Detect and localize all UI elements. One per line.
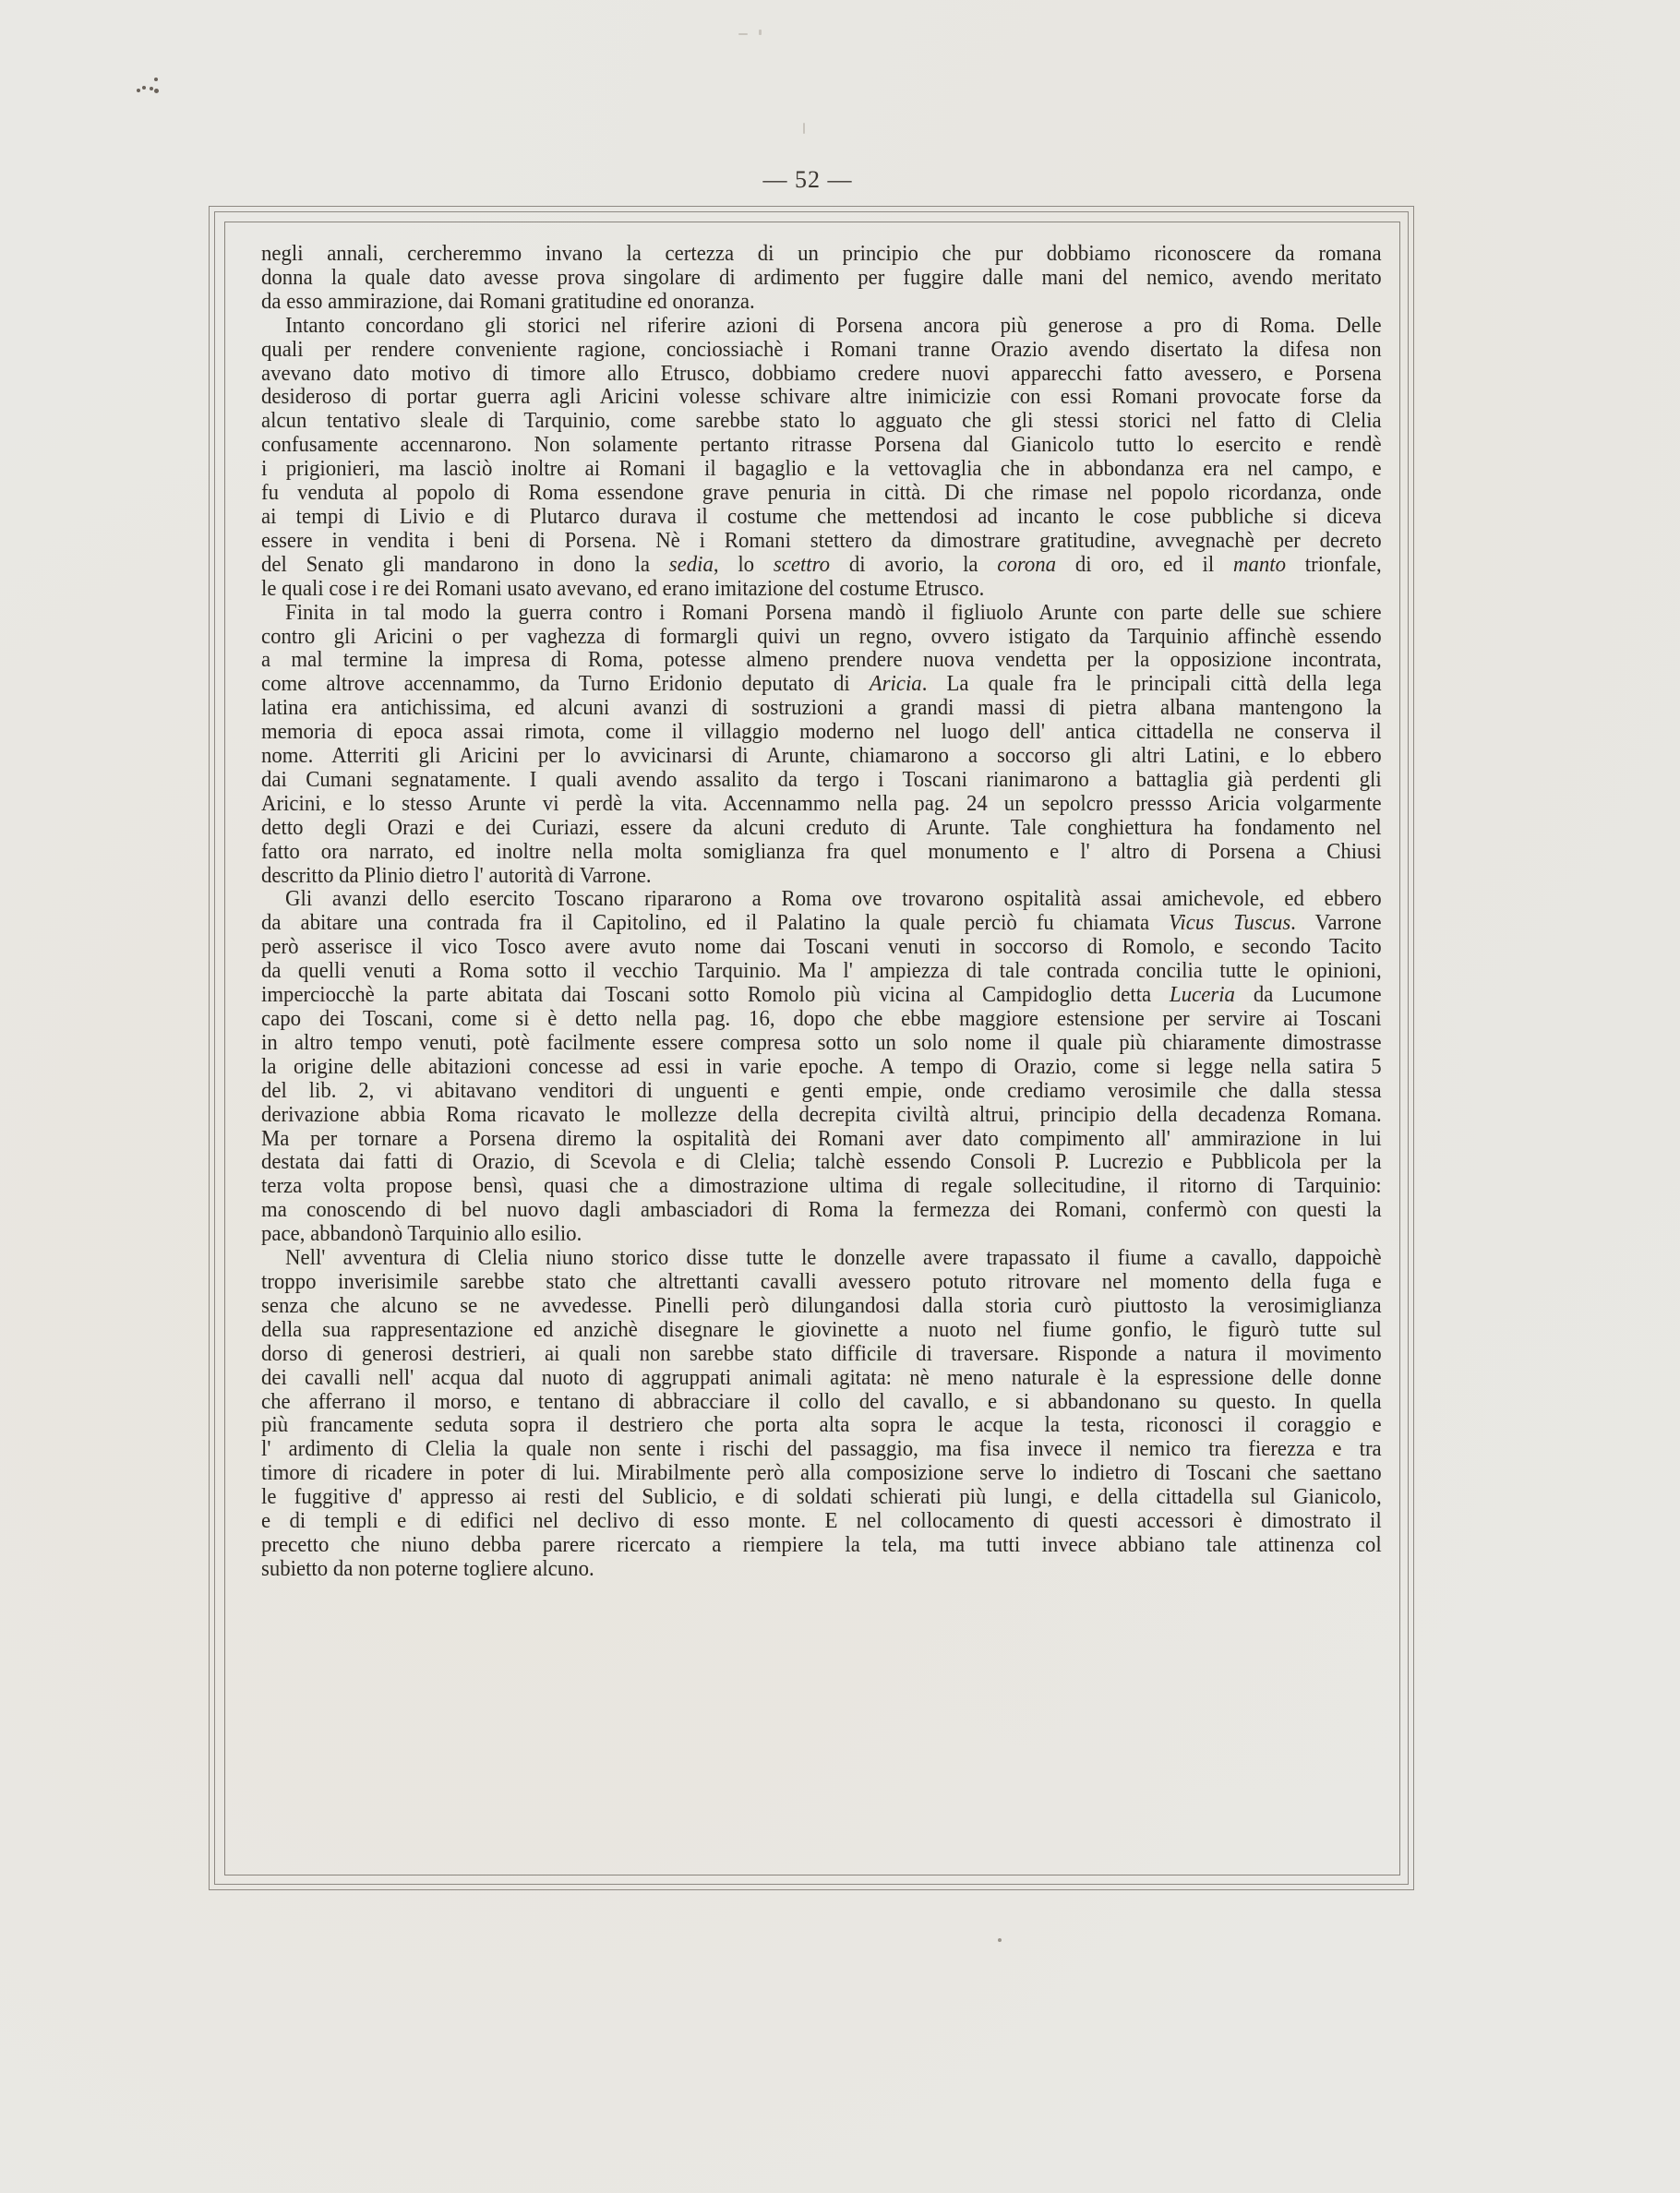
text-line: e di templi e di edifici nel declivo di … bbox=[261, 1509, 1382, 1533]
text-line: imperciocchè la parte abitata dai Toscan… bbox=[261, 983, 1382, 1007]
text-line: Ma per tornare a Porsena diremo la ospit… bbox=[261, 1127, 1382, 1151]
text-line: alcun tentativo sleale di Tarquinio, com… bbox=[261, 409, 1382, 433]
text-line: confusamente accennarono. Non solamente … bbox=[261, 433, 1382, 457]
faint-show-through-marks bbox=[738, 26, 849, 137]
text-line: della sua rappresentazione ed anzichè di… bbox=[261, 1318, 1382, 1342]
page-number: — 52 — bbox=[720, 166, 895, 194]
text-line: fu venduta al popolo di Roma essendone g… bbox=[261, 481, 1382, 505]
text-line: da esso ammirazione, dai Romani gratitud… bbox=[261, 290, 1382, 314]
text-line: quali per rendere conveniente ragione, c… bbox=[261, 338, 1382, 362]
text-line: l' ardimento di Clelia la quale non sent… bbox=[261, 1437, 1382, 1461]
italic-term: scettro bbox=[774, 552, 830, 577]
text-line: dai Cumani segnatamente. I quali avendo … bbox=[261, 768, 1382, 792]
text-line: Intanto concordano gli storici nel rifer… bbox=[261, 314, 1382, 338]
text-line: Aricini, e lo stesso Arunte vi perdè la … bbox=[261, 792, 1382, 816]
text-line: negli annali, cercheremmo invano la cert… bbox=[261, 242, 1382, 266]
italic-term: corona bbox=[997, 552, 1056, 577]
text-line: dorso di generosi destrieri, ai quali no… bbox=[261, 1342, 1382, 1366]
text-line: le quali cose i re dei Romani usato avev… bbox=[261, 577, 1382, 601]
text-line: descritto da Plinio dietro l' autorità d… bbox=[261, 864, 1382, 888]
italic-term: Vicus Tuscus bbox=[1169, 910, 1290, 935]
text-line: capo dei Toscani, come si è detto nella … bbox=[261, 1007, 1382, 1031]
text-line: fatto ora narrato, ed inoltre nella molt… bbox=[261, 840, 1382, 864]
text-line: da quelli venuti a Roma sotto il vecchio… bbox=[261, 959, 1382, 983]
text-line: nome. Atterriti gli Aricini per lo avvic… bbox=[261, 744, 1382, 768]
text-line: da abitare una contrada fra il Capitolin… bbox=[261, 911, 1382, 935]
text-line: desideroso di portar guerra agli Aricini… bbox=[261, 385, 1382, 409]
text-line: che afferrano il morso, e tentano di abb… bbox=[261, 1390, 1382, 1414]
text-line: destata dai fatti di Orazio, di Scevola … bbox=[261, 1150, 1382, 1174]
text-line: come altrove accennammo, da Turno Eridon… bbox=[261, 672, 1382, 696]
italic-term: Luceria bbox=[1170, 982, 1235, 1007]
paragraph: Nell' avventura di Clelia niuno storico … bbox=[261, 1246, 1382, 1581]
text-line: però asserisce il vico Tosco avere avuto… bbox=[261, 935, 1382, 959]
text-line: contro gli Aricini o per vaghezza di for… bbox=[261, 625, 1382, 649]
text-line: ai tempi di Livio e di Plutarco durava i… bbox=[261, 505, 1382, 529]
text-line: Nell' avventura di Clelia niuno storico … bbox=[261, 1246, 1382, 1270]
text-line: troppo inverisimile sarebbe stato che al… bbox=[261, 1270, 1382, 1294]
text-line: Gli avanzi dello esercito Toscano ripara… bbox=[261, 887, 1382, 911]
italic-term: manto bbox=[1233, 552, 1286, 577]
text-line: ma conoscendo di bel nuovo dagli ambasci… bbox=[261, 1198, 1382, 1222]
text-line: senza che alcuno se ne avvedesse. Pinell… bbox=[261, 1294, 1382, 1318]
text-line: detto degli Orazi e dei Curiazi, essere … bbox=[261, 816, 1382, 840]
text-line: avevano dato motivo di timore allo Etrus… bbox=[261, 362, 1382, 386]
paper-speck bbox=[998, 1938, 1002, 1942]
text-line: del Senato gli mandarono in dono la sedi… bbox=[261, 553, 1382, 577]
text-line: memoria di epoca assai rimota, come il v… bbox=[261, 720, 1382, 744]
text-line: latina era antichissima, ed alcuni avanz… bbox=[261, 696, 1382, 720]
body-text: negli annali, cercheremmo invano la cert… bbox=[261, 242, 1382, 1581]
text-line: subietto da non poterne togliere alcuno. bbox=[261, 1557, 1382, 1581]
text-line: pace, abbandonò Tarquinio allo esilio. bbox=[261, 1222, 1382, 1246]
ink-specks-mark bbox=[137, 79, 174, 98]
text-line: timore di ricadere in poter di lui. Mira… bbox=[261, 1461, 1382, 1485]
italic-term: sedia bbox=[669, 552, 714, 577]
text-line: Finita in tal modo la guerra contro i Ro… bbox=[261, 601, 1382, 625]
text-line: la origine delle abitazioni concesse ad … bbox=[261, 1055, 1382, 1079]
text-line: del lib. 2, vi abitavano venditori di un… bbox=[261, 1079, 1382, 1103]
paragraph: Intanto concordano gli storici nel rifer… bbox=[261, 314, 1382, 601]
text-line: in altro tempo venuti, potè facilmente e… bbox=[261, 1031, 1382, 1055]
text-line: terza volta propose bensì, quasi che a d… bbox=[261, 1174, 1382, 1198]
text-line: derivazione abbia Roma ricavato le molle… bbox=[261, 1103, 1382, 1127]
paragraph: Gli avanzi dello esercito Toscano ripara… bbox=[261, 887, 1382, 1246]
text-line: essere in vendita i beni di Porsena. Nè … bbox=[261, 529, 1382, 553]
text-line: le fuggitive d' appresso ai resti del Su… bbox=[261, 1485, 1382, 1509]
italic-term: Aricia bbox=[870, 671, 922, 696]
paragraph: Finita in tal modo la guerra contro i Ro… bbox=[261, 601, 1382, 888]
text-line: i prigionieri, ma lasciò inoltre ai Roma… bbox=[261, 457, 1382, 481]
text-line: dei cavalli nell' acqua dal nuoto di agg… bbox=[261, 1366, 1382, 1390]
text-line: a mal termine la impresa di Roma, potess… bbox=[261, 648, 1382, 672]
page-scan: — 52 — negli annali, cercheremmo invano … bbox=[0, 0, 1680, 2193]
text-line: donna la quale dato avesse prova singola… bbox=[261, 266, 1382, 290]
paragraph: negli annali, cercheremmo invano la cert… bbox=[261, 242, 1382, 314]
text-line: più francamente seduta sopra il destrier… bbox=[261, 1413, 1382, 1437]
text-line: precetto che niuno debba parere ricercat… bbox=[261, 1533, 1382, 1557]
